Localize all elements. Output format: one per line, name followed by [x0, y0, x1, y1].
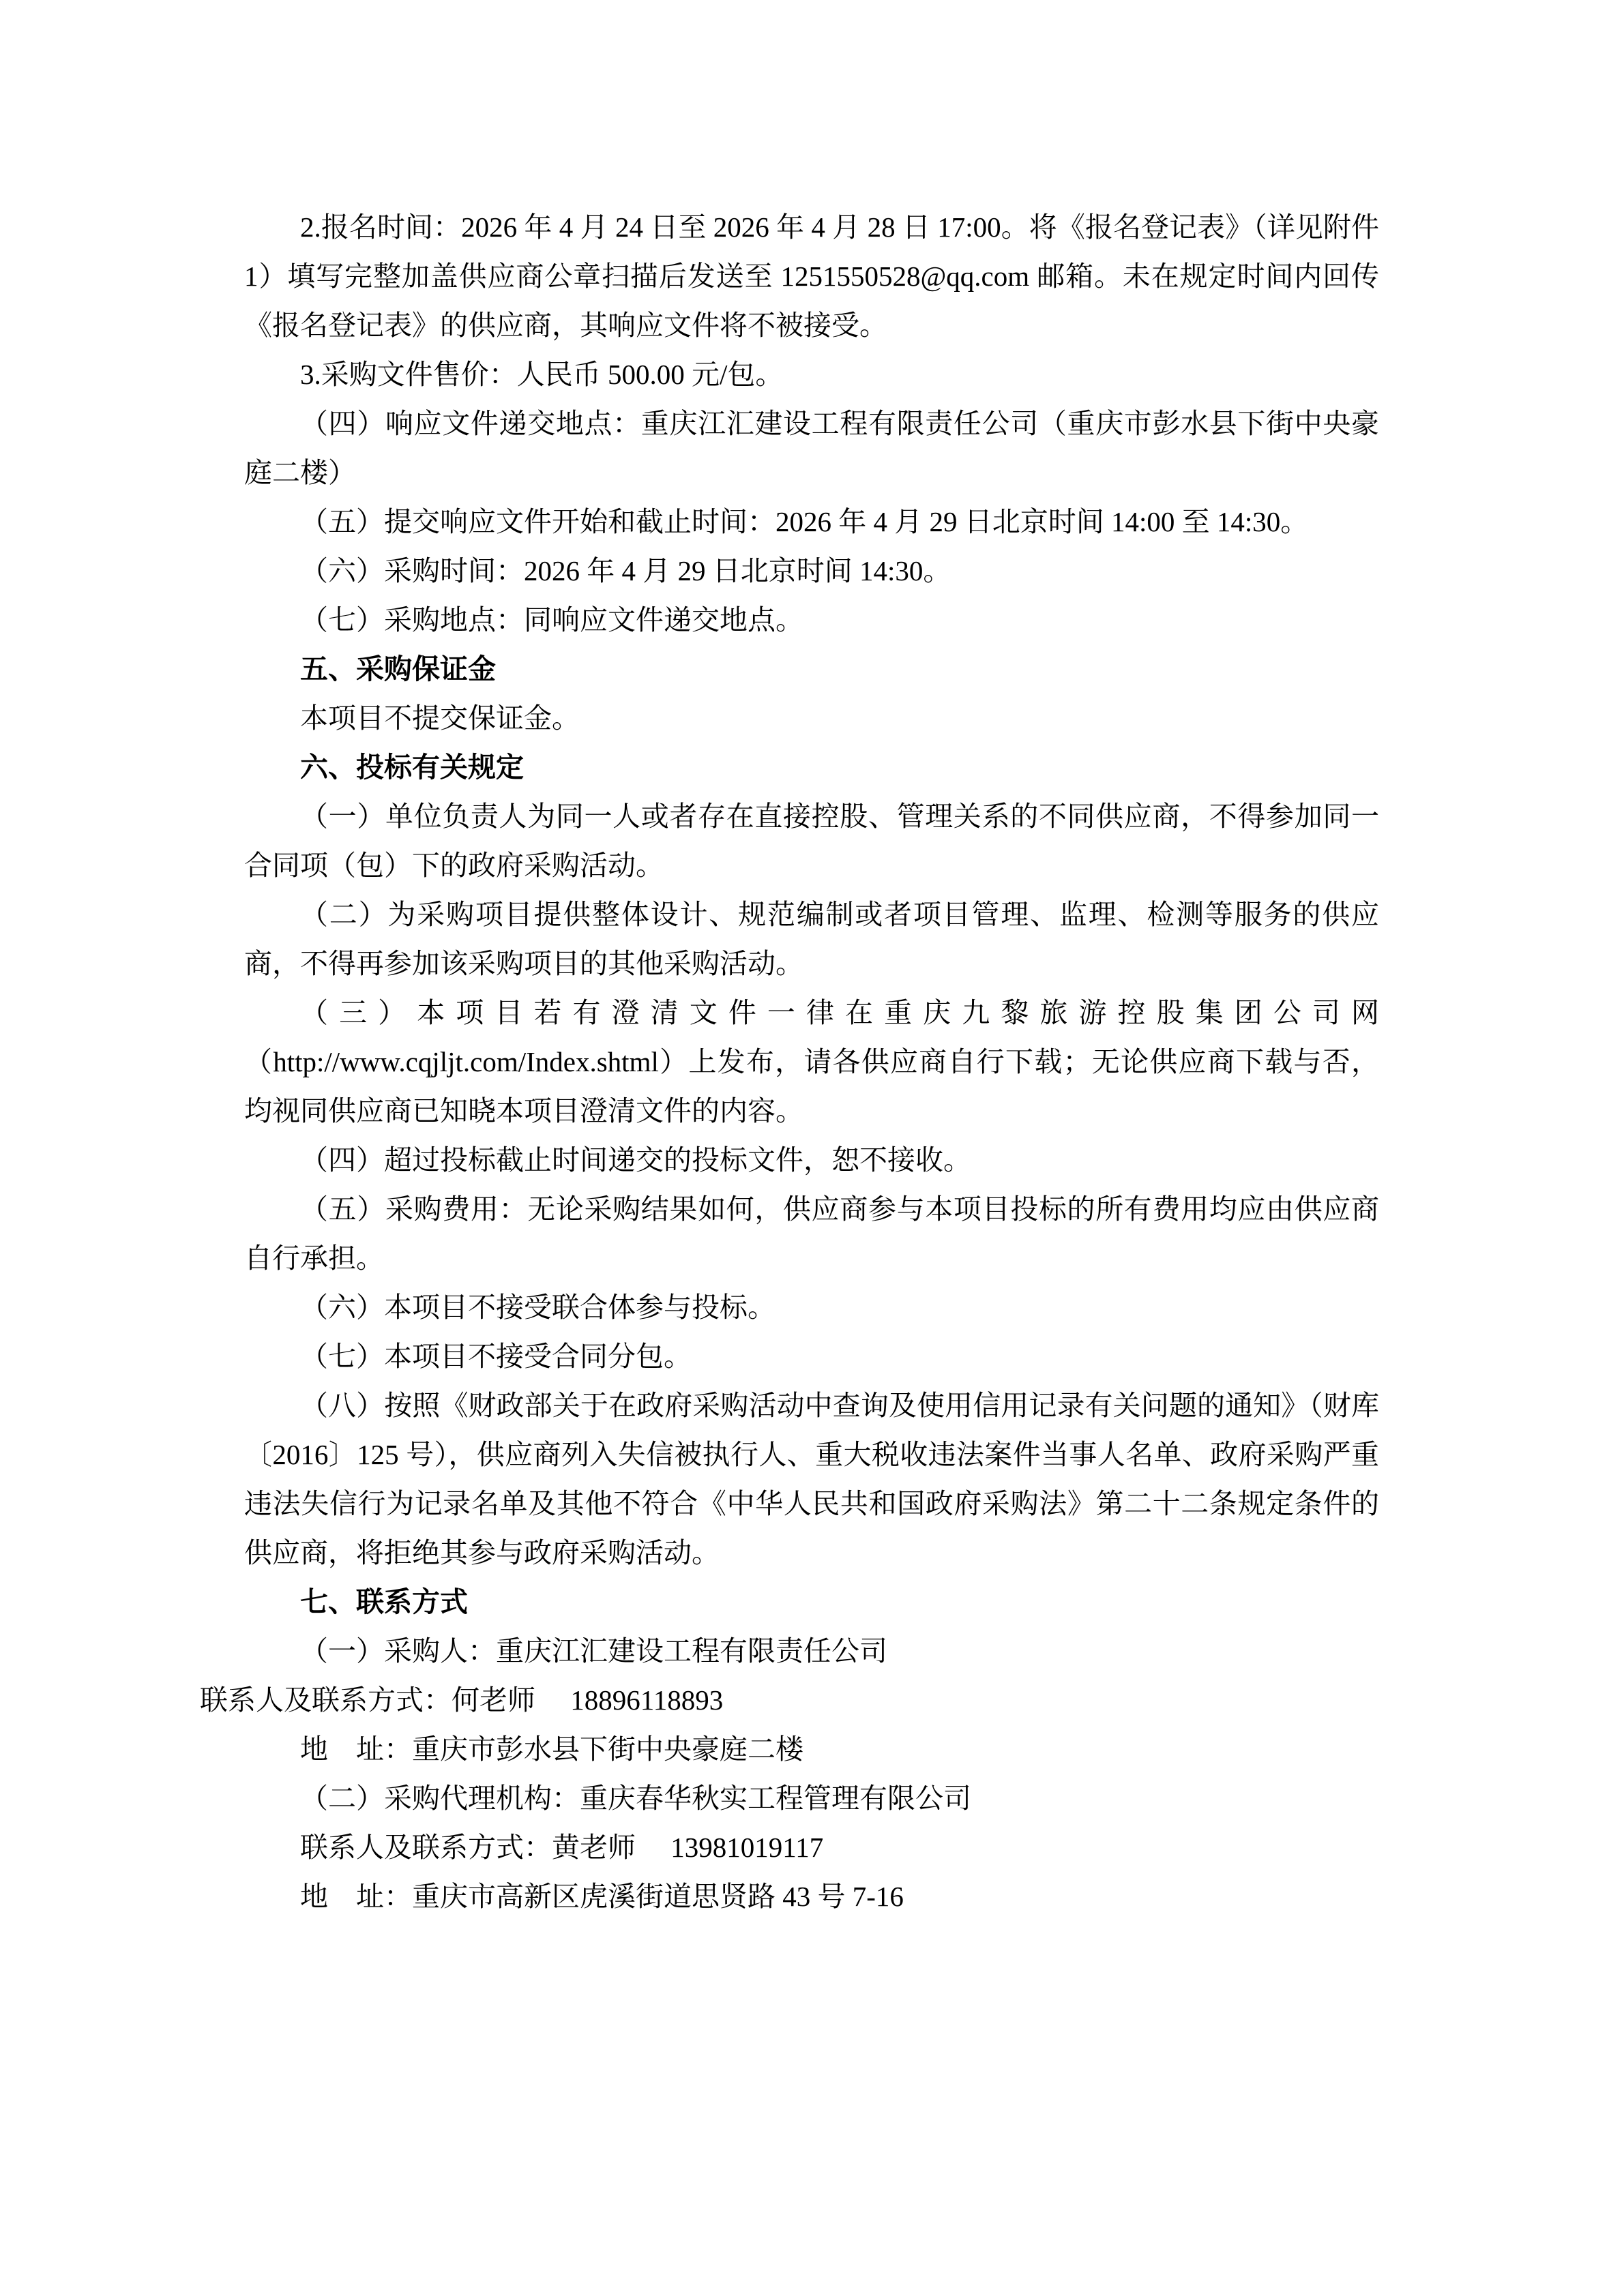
- section-6-bidding-rules-heading: 六、投标有关规定: [244, 743, 1379, 792]
- paragraph-bidding-rule-3-clarification: （三）本项目若有澄清文件一律在重庆九黎旅游控股集团公司网（http://www.…: [244, 988, 1379, 1135]
- paragraph-bidding-rule-1: （一）单位负责人为同一人或者存在直接控股、管理关系的不同供应商，不得参加同一合同…: [244, 792, 1379, 890]
- paragraph-purchaser-contact: 联系人及联系方式：何老师 18896118893: [200, 1675, 1379, 1725]
- document-page: 2.报名时间：2026 年 4 月 24 日至 2026 年 4 月 28 日 …: [0, 0, 1624, 2296]
- paragraph-bidding-rule-5-cost: （五）采购费用：无论采购结果如何，供应商参与本项目投标的所有费用均应由供应商自行…: [244, 1184, 1379, 1283]
- paragraph-purchaser-address: 地 址：重庆市彭水县下街中央豪庭二楼: [244, 1725, 1379, 1774]
- paragraph-bidding-rule-4-late-submission: （四）超过投标截止时间递交的投标文件，恕不接收。: [244, 1135, 1379, 1184]
- paragraph-agency-address: 地 址：重庆市高新区虎溪街道思贤路 43 号 7-16: [244, 1872, 1379, 1921]
- document-body: 2.报名时间：2026 年 4 月 24 日至 2026 年 4 月 28 日 …: [244, 203, 1379, 1921]
- paragraph-response-file-submission-time: （五）提交响应文件开始和截止时间：2026 年 4 月 29 日北京时间 14:…: [244, 497, 1379, 546]
- paragraph-bidding-rule-2: （二）为采购项目提供整体设计、规范编制或者项目管理、监理、检测等服务的供应商，不…: [244, 890, 1379, 988]
- paragraph-bidding-rule-7-subcontract: （七）本项目不接受合同分包。: [244, 1332, 1379, 1381]
- paragraph-response-file-submission-place: （四）响应文件递交地点：重庆江汇建设工程有限责任公司（重庆市彭水县下街中央豪庭二…: [244, 399, 1379, 497]
- paragraph-no-deposit: 本项目不提交保证金。: [244, 694, 1379, 743]
- paragraph-document-price: 3.采购文件售价：人民币 500.00 元/包。: [244, 350, 1379, 399]
- paragraph-procurement-place: （七）采购地点：同响应文件递交地点。: [244, 595, 1379, 644]
- paragraph-agency-contact: 联系人及联系方式：黄老师 13981019117: [244, 1823, 1379, 1872]
- paragraph-agency: （二）采购代理机构：重庆春华秋实工程管理有限公司: [244, 1774, 1379, 1823]
- paragraph-registration-time: 2.报名时间：2026 年 4 月 24 日至 2026 年 4 月 28 日 …: [244, 203, 1379, 350]
- paragraph-procurement-time: （六）采购时间：2026 年 4 月 29 日北京时间 14:30。: [244, 546, 1379, 595]
- paragraph-purchaser: （一）采购人：重庆江汇建设工程有限责任公司: [244, 1626, 1379, 1675]
- section-5-deposit-heading: 五、采购保证金: [244, 644, 1379, 694]
- paragraph-bidding-rule-8-credit-record: （八）按照《财政部关于在政府采购活动中查询及使用信用记录有关问题的通知》（财库〔…: [244, 1381, 1379, 1577]
- paragraph-bidding-rule-6-consortium: （六）本项目不接受联合体参与投标。: [244, 1283, 1379, 1332]
- section-7-contact-heading: 七、联系方式: [244, 1577, 1379, 1626]
